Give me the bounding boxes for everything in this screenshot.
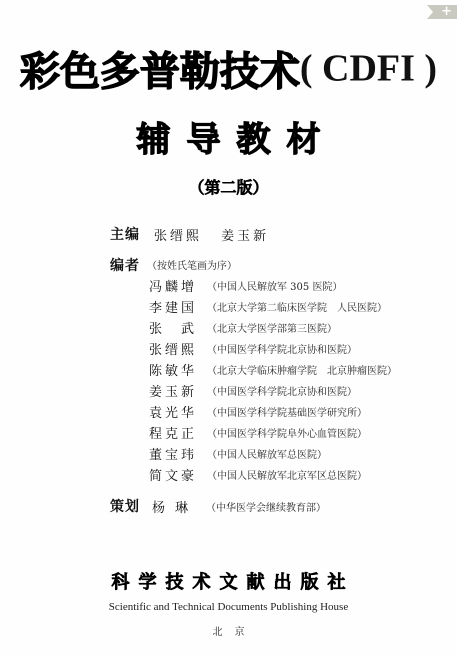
editor-row: 程克正 （中国医学科学院阜外心血管医院） bbox=[149, 423, 367, 441]
book-title-chinese: 彩色多普勒技术 bbox=[20, 49, 300, 95]
editor-row: 李建国 （北京大学第二临床医学院 人民医院） bbox=[149, 297, 387, 315]
editor-affiliation: （中国医学科学院基础医学研究所） bbox=[207, 404, 367, 419]
editor-name: 董宝玮 bbox=[149, 444, 207, 463]
editors-order-note: （按姓氏笔画为序） bbox=[147, 257, 237, 272]
chief-editor-label: 主编 bbox=[110, 224, 140, 244]
book-title: 彩色多普勒技术( CDFI ) bbox=[0, 40, 457, 97]
editor-affiliation: （中国医学科学院北京协和医院） bbox=[207, 341, 357, 356]
editor-row: 陈敏华 （北京大学临床肿瘤学院 北京肿瘤医院） bbox=[149, 360, 397, 378]
editor-row: 姜玉新 （中国医学科学院北京协和医院） bbox=[149, 381, 357, 399]
editor-row: 张 武 （北京大学医学部第三医院） bbox=[149, 318, 337, 336]
editor-affiliation: （中国人民解放军北京军区总医院） bbox=[207, 467, 367, 482]
editor-row: 董宝玮 （中国人民解放军总医院） bbox=[149, 444, 327, 462]
editor-name: 张 武 bbox=[149, 318, 207, 337]
planner-name: 杨琳 bbox=[152, 497, 198, 516]
editor-affiliation: （北京大学医学部第三医院） bbox=[207, 320, 337, 335]
plus-icon: + bbox=[441, 5, 452, 19]
editor-affiliation: （中国人民解放军 305 医院） bbox=[207, 278, 342, 293]
editor-name: 张缙熙 bbox=[149, 339, 207, 358]
editor-name: 李建国 bbox=[149, 297, 207, 316]
editor-affiliation: （中国医学科学院北京协和医院） bbox=[207, 383, 357, 398]
editor-row: 简文豪 （中国人民解放军北京军区总医院） bbox=[149, 465, 367, 483]
book-title-abbreviation: ( CDFI ) bbox=[300, 48, 437, 90]
editor-name: 袁光华 bbox=[149, 402, 207, 421]
book-subtitle: 辅导教材 bbox=[0, 112, 457, 161]
editor-name: 程克正 bbox=[149, 423, 207, 442]
editor-affiliation: （北京大学临床肿瘤学院 北京肿瘤医院） bbox=[207, 362, 397, 377]
expand-button[interactable]: + bbox=[427, 5, 457, 19]
edition-label: （第二版） bbox=[0, 175, 457, 198]
publisher-city: 北京 bbox=[0, 623, 457, 638]
planner-affiliation: （中华医学会继续教育部） bbox=[206, 499, 326, 514]
planner-label: 策划 bbox=[110, 496, 140, 516]
publisher-name-english: Scientific and Technical Documents Publi… bbox=[0, 601, 457, 613]
publisher-name-chinese: 科学技术文献出版社 bbox=[0, 568, 457, 594]
chief-editor-names: 张缙熙 姜玉新 bbox=[154, 225, 269, 244]
editor-name: 简文豪 bbox=[149, 465, 207, 484]
book-title-page: + 彩色多普勒技术( CDFI ) 辅导教材 （第二版） 主编 张缙熙 姜玉新 … bbox=[0, 0, 457, 656]
editor-name: 冯麟增 bbox=[149, 276, 207, 295]
editor-affiliation: （中国人民解放军总医院） bbox=[207, 446, 327, 461]
editor-affiliation: （中国医学科学院阜外心血管医院） bbox=[207, 425, 367, 440]
editor-name: 姜玉新 bbox=[149, 381, 207, 400]
editor-row: 袁光华 （中国医学科学院基础医学研究所） bbox=[149, 402, 367, 420]
editor-affiliation: （北京大学第二临床医学院 人民医院） bbox=[207, 299, 387, 314]
editor-row: 张缙熙 （中国医学科学院北京协和医院） bbox=[149, 339, 357, 357]
editors-label: 编者 bbox=[110, 255, 140, 275]
editor-name: 陈敏华 bbox=[149, 360, 207, 379]
editor-row: 冯麟增 （中国人民解放军 305 医院） bbox=[149, 276, 342, 294]
